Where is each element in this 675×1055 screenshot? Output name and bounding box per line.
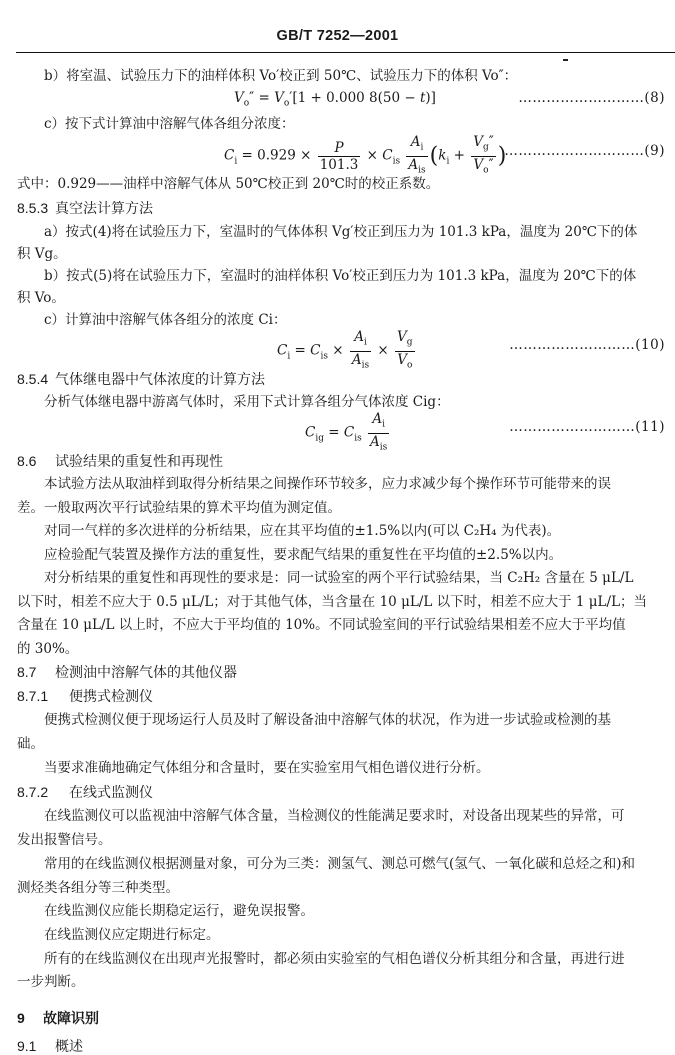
eq9-denominator: 101.3 [318,157,361,173]
equation-8: Vo″ = Vo′[1 + 0.000 8(50 − t)] [234,90,436,109]
paragraph-8-6-4-line1: 对分析结果的重复性和再现性的要求是：同一试验室的两个平行试验结果，当 C₂H₂ … [44,568,633,588]
paragraph-8-7-2-5-line2: 一步判断。 [17,972,85,992]
section-9-heading: 9故障识别 [17,1008,99,1028]
paragraph-8-7-1-1-line2: 础。 [17,734,44,754]
section-8-5-4-heading: 8.5.4气体继电器中气体浓度的计算方法 [17,369,265,389]
equation-9-note: 式中：0.929——油样中溶解气体从 50℃校正到 20℃时的校正系数。 [17,174,439,194]
equation-8-number: ………………………(8) [518,90,665,106]
paragraph-8-6-4-line3: 含量在 10 μL/L 以上时，不应大于平均值的 10%。不同试验室间的平行试验… [17,615,626,635]
section-9-1-heading: 9.1概述 [17,1036,83,1055]
equation-9-number: …………………………(9) [504,143,665,159]
paragraph-8-7-2-1-line1: 在线监测仪可以监视油中溶解气体含量，当检测仪的性能满足要求时，对设备出现某些的异… [44,806,625,826]
section-8-6-heading: 8.6试验结果的重复性和再现性 [17,451,223,471]
paragraph-8-5-3-c: c）计算油中溶解气体各组分的浓度 Ci： [44,310,287,330]
scan-speck [563,59,568,61]
section-8-7-1-heading: 8.7.1便携式检测仪 [17,686,153,706]
eq9-p: P [334,140,343,156]
equation-10: Ci = Cis × AiAis × VgVo [277,329,417,373]
paragraph-8-5-2-b: b）将室温、试验压力下的油样体积 Vo′校正到 50℃、试验压力下的体积 Vo″… [44,66,517,86]
equation-11-number: ………………………(11) [509,419,665,435]
paragraph-8-5-2-c: c）按下式计算油中溶解气体各组分浓度： [44,114,295,134]
paragraph-8-6-1-line2: 差。一般取两次平行试验结果的算术平均值为测定值。 [17,498,341,518]
equation-10-number: ………………………(10) [509,337,665,353]
equation-11: Cig = Cis AiAis [305,411,391,455]
paragraph-8-5-4: 分析气体继电器中游离气体时，采用下式计算各组分气体浓度 Cig： [44,392,450,412]
paragraph-8-7-2-3: 在线监测仪应能长期稳定运行，避免误报警。 [44,901,314,921]
header-rule [16,52,675,53]
paragraph-8-5-3-b-line1: b）按式(5)将在试验压力下，室温时的油样体积 Vo′校正到压力为 101.3 … [44,266,636,286]
paragraph-8-5-3-a-line2: 积 Vg。 [17,244,67,264]
equation-9: Ci = 0.929 × P101.3 × Cis AiAis(ki + Vg″… [224,134,506,178]
standard-id-header: GB/T 7252—2001 [0,28,675,44]
paragraph-8-5-3-a-line1: a）按式(4)将在试验压力下，室温时的气体体积 Vg′校正到压力为 101.3 … [44,222,637,242]
paragraph-8-7-2-5-line1: 所有的在线监测仪在出现声光报警时，都必须由实验室的气相色谱仪分析其组分和含量，再… [44,949,625,969]
paragraph-8-7-2-2-line1: 常用的在线监测仪根据测量对象，可分为三类：测氢气、测总可燃气(氢气、一氧化碳和总… [44,854,635,874]
paragraph-8-6-4-line2: 以下时，相差不应大于 0.5 μL/L；对于其他气体，当含量在 10 μL/L … [17,592,647,612]
eq9-factor: 0.929 [257,148,296,164]
paragraph-8-7-2-1-line2: 发出报警信号。 [17,830,112,850]
paragraph-8-6-2: 对同一气样的多次进样的分析结果，应在其平均值的±1.5%以内(可以 C₂H₄ 为… [44,521,560,541]
paragraph-8-7-1-2: 当要求准确地确定气体组分和含量时，要在实验室用气相色谱仪进行分析。 [44,758,490,778]
section-8-5-3-heading: 8.5.3真空法计算方法 [17,198,153,218]
paragraph-8-7-1-1-line1: 便携式检测仪便于现场运行人员及时了解设备油中溶解气体的状况，作为进一步试验或检测… [44,710,611,730]
paragraph-8-5-3-b-line2: 积 Vo。 [17,288,65,308]
section-8-7-2-heading: 8.7.2在线式监测仪 [17,782,153,802]
paragraph-8-6-3: 应检验配气装置及操作方法的重复性，要求配气结果的重复性在平均值的±2.5%以内。 [44,545,562,565]
paragraph-8-6-1-line1: 本试验方法从取油样到取得分析结果之间操作环节较多，应力求减少每个操作环节可能带来… [44,474,611,494]
paragraph-8-6-4-line4: 的 30%。 [17,639,78,659]
paragraph-8-7-2-2-line2: 测烃类各组分等三种类型。 [17,878,179,898]
section-8-7-heading: 8.7检测油中溶解气体的其他仪器 [17,662,237,682]
paragraph-8-7-2-4: 在线监测仪应定期进行标定。 [44,925,220,945]
